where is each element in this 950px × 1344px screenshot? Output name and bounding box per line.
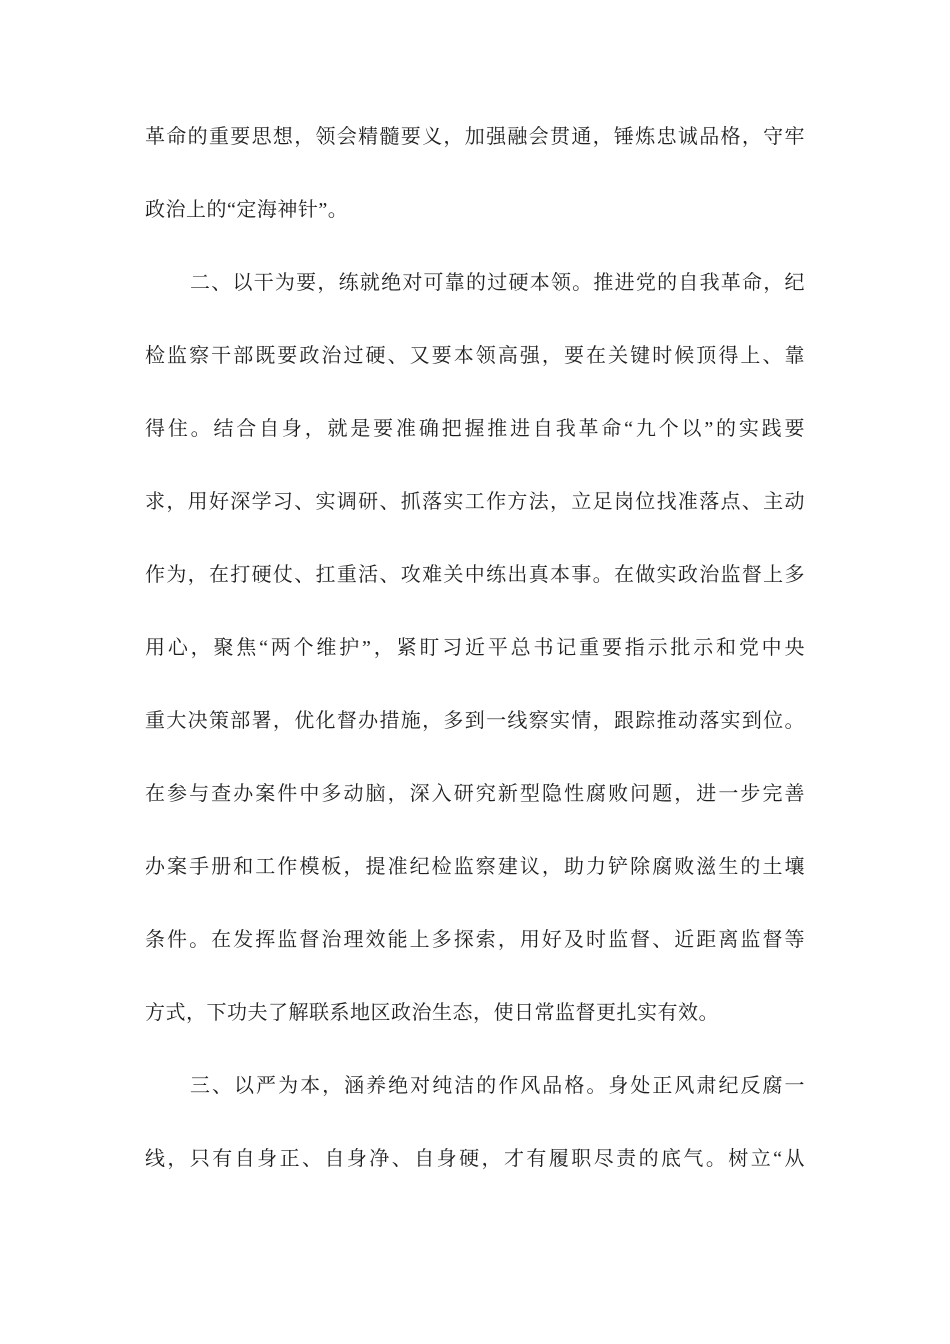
text-line: 三、以严为本，涵养绝对纯洁的作风品格。身处正风肃纪反腐一 bbox=[145, 1050, 805, 1123]
text-line: 作为，在打硬仗、扛重活、攻难关中练出真本事。在做实政治监督上多 bbox=[145, 539, 805, 612]
text-line: 用心，聚焦“两个维护”，紧盯习近平总书记重要指示批示和党中央 bbox=[145, 612, 805, 685]
text-line: 政治上的“定海神针”。 bbox=[145, 174, 805, 247]
text-line: 办案手册和工作模板，提准纪检监察建议，助力铲除腐败滋生的土壤 bbox=[145, 831, 805, 904]
text-line: 得住。结合自身，就是要准确把握推进自我革命“九个以”的实践要 bbox=[145, 393, 805, 466]
document-text-block: 革命的重要思想，领会精髓要义，加强融会贯通，锤炼忠诚品格，守牢 政治上的“定海神… bbox=[145, 101, 805, 1196]
text-line: 检监察干部既要政治过硬、又要本领高强，要在关键时候顶得上、靠 bbox=[145, 320, 805, 393]
text-line: 在参与查办案件中多动脑，深入研究新型隐性腐败问题，进一步完善 bbox=[145, 758, 805, 831]
document-page: 革命的重要思想，领会精髓要义，加强融会贯通，锤炼忠诚品格，守牢 政治上的“定海神… bbox=[0, 0, 950, 1344]
text-line: 重大决策部署，优化督办措施，多到一线察实情，跟踪推动落实到位。 bbox=[145, 685, 805, 758]
text-line: 线，只有自身正、自身净、自身硬，才有履职尽责的底气。树立“从 bbox=[145, 1123, 805, 1196]
text-line: 条件。在发挥监督治理效能上多探索，用好及时监督、近距离监督等 bbox=[145, 904, 805, 977]
text-line: 革命的重要思想，领会精髓要义，加强融会贯通，锤炼忠诚品格，守牢 bbox=[145, 101, 805, 174]
text-line: 求，用好深学习、实调研、抓落实工作方法，立足岗位找准落点、主动 bbox=[145, 466, 805, 539]
text-line: 二、以干为要，练就绝对可靠的过硬本领。推进党的自我革命，纪 bbox=[145, 247, 805, 320]
text-line: 方式，下功夫了解联系地区政治生态，使日常监督更扎实有效。 bbox=[145, 977, 805, 1050]
